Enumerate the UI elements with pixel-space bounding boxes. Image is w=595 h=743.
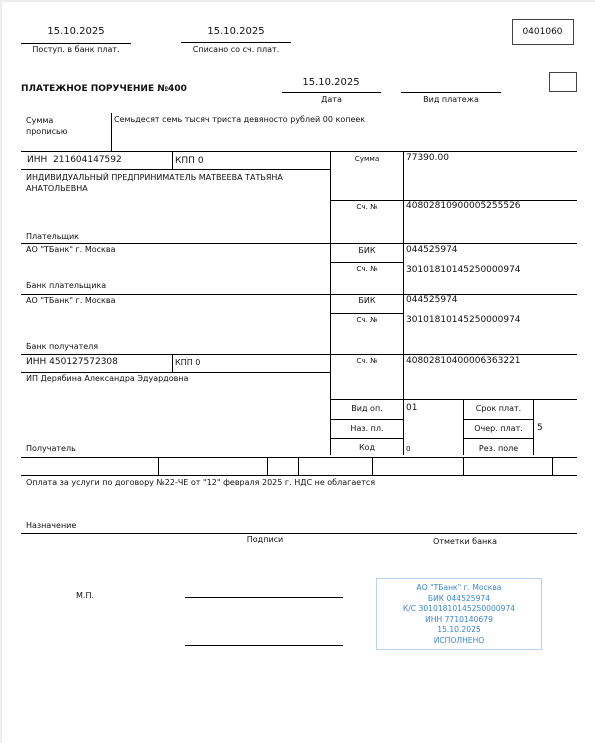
divider	[403, 151, 404, 455]
divider	[21, 533, 577, 534]
divider	[21, 475, 577, 476]
divider	[298, 457, 299, 475]
signature-line-1	[185, 597, 343, 598]
payee-account: 40802810400006363221	[406, 356, 521, 366]
payer-bank-account: 30101810145250000974	[406, 265, 521, 275]
stamp-line: АО "ТБанк" г. Москва	[377, 583, 541, 594]
payee-section-label: Получатель	[26, 444, 76, 453]
received-label: Поступ. в банк плат.	[22, 45, 130, 54]
divider	[463, 438, 533, 439]
divider	[330, 438, 403, 439]
divider	[330, 262, 403, 263]
bank-stamp: АО "ТБанк" г. Москва БИК 044525974 К/С 3…	[376, 578, 542, 650]
divider	[181, 42, 291, 43]
payment-type-label: Вид платежа	[401, 95, 501, 104]
reserve-label: Рез. поле	[464, 444, 533, 453]
payer-inn: ИНН 211604147592	[27, 155, 122, 165]
divider	[330, 399, 577, 400]
divider	[401, 92, 501, 93]
payee-bank-section-label: Банк получателя	[26, 342, 98, 351]
payer-bank-name: АО "ТБанк" г. Москва	[26, 245, 116, 254]
signatures-label: Подписи	[230, 535, 300, 544]
code-label: Код	[331, 443, 403, 452]
stamp-line: К/С 30101810145250000974	[377, 604, 541, 615]
amount-words-label-2: прописью	[26, 127, 67, 136]
payer-name: ИНДИВИДУАЛЬНЫЙ ПРЕДПРИНИМАТЕЛЬ МАТВЕЕВА …	[26, 173, 283, 182]
divider	[267, 457, 268, 475]
op-type-label: Вид оп.	[331, 404, 403, 413]
payee-bank-name: АО "ТБанк" г. Москва	[26, 296, 116, 305]
divider	[21, 169, 330, 170]
divider	[158, 457, 159, 475]
amount-words-label: Сумма	[26, 116, 53, 125]
divider	[330, 419, 403, 420]
document-title: ПЛАТЕЖНОЕ ПОРУЧЕНИЕ №400	[21, 84, 187, 94]
divider	[21, 243, 577, 244]
debited-label: Списано со сч. плат.	[181, 45, 291, 54]
divider	[21, 294, 577, 295]
amount-words-value: Семьдесят семь тысяч триста девяносто ру…	[114, 115, 365, 124]
payer-account-label: Сч. №	[331, 202, 403, 211]
divider	[372, 457, 373, 475]
payee-bank-account: 30101810145250000974	[406, 315, 521, 325]
purpose-code-label: Наз. пл.	[331, 424, 403, 433]
payer-bank-section-label: Банк плательщика	[26, 281, 106, 290]
sum-value: 77390.00	[406, 153, 449, 163]
divider	[463, 419, 533, 420]
form-code-box: 0401060	[512, 19, 574, 45]
divider	[282, 92, 381, 93]
payee-account-label: Сч. №	[331, 356, 403, 365]
payer-section-label: Плательщик	[26, 232, 79, 241]
payer-name-2: АНАТОЛЬЕВНА	[26, 184, 88, 193]
divider	[463, 457, 464, 475]
divider	[111, 113, 112, 151]
divider	[172, 151, 173, 169]
seal-label: М.П.	[76, 591, 94, 600]
payer-account: 40802810900005255526	[406, 201, 521, 211]
divider	[21, 354, 577, 355]
payee-bank-bik: 044525974	[406, 295, 458, 305]
priority-label: Очер. плат.	[464, 424, 533, 433]
divider	[552, 457, 553, 475]
payer-bank-bik-label: БИК	[331, 246, 403, 255]
payee-kpp: КПП 0	[175, 358, 200, 367]
due-label: Срок плат.	[464, 404, 533, 413]
received-date: 15.10.2025	[22, 26, 130, 37]
document-date: 15.10.2025	[282, 77, 380, 88]
date-label: Дата	[282, 95, 381, 104]
priority-value: 5	[537, 423, 543, 433]
stamp-line: 15.10.2025	[377, 625, 541, 636]
payee-name: ИП Дерябина Александра Эдуардовна	[26, 374, 188, 383]
payer-bank-bik: 044525974	[406, 245, 458, 255]
op-type-value: 01	[406, 403, 417, 413]
divider	[21, 151, 577, 152]
payee-bank-account-label: Сч. №	[331, 315, 403, 324]
purpose-label: Назначение	[26, 521, 76, 530]
sum-label: Сумма	[331, 154, 403, 163]
divider	[330, 313, 403, 314]
payment-status-box	[549, 72, 577, 92]
divider	[533, 399, 534, 455]
debited-date: 15.10.2025	[181, 26, 291, 37]
divider	[21, 372, 330, 373]
code-value: 0	[406, 444, 411, 453]
payer-kpp: КПП 0	[175, 156, 204, 166]
payee-inn: ИНН 450127572308	[26, 357, 118, 367]
divider	[21, 457, 577, 458]
purpose-text: Оплата за услуги по договору №22-ЧЕ от "…	[26, 478, 375, 487]
stamp-status: ИСПОЛНЕНО	[377, 636, 541, 647]
signature-line-2	[185, 645, 343, 646]
divider	[21, 43, 131, 44]
form-code: 0401060	[513, 27, 572, 37]
bank-marks-label: Отметки банка	[420, 537, 510, 546]
stamp-line: БИК 044525974	[377, 594, 541, 605]
divider	[172, 354, 173, 372]
payee-bank-bik-label: БИК	[331, 296, 403, 305]
payer-bank-account-label: Сч. №	[331, 264, 403, 273]
stamp-line: ИНН 7710140679	[377, 615, 541, 626]
